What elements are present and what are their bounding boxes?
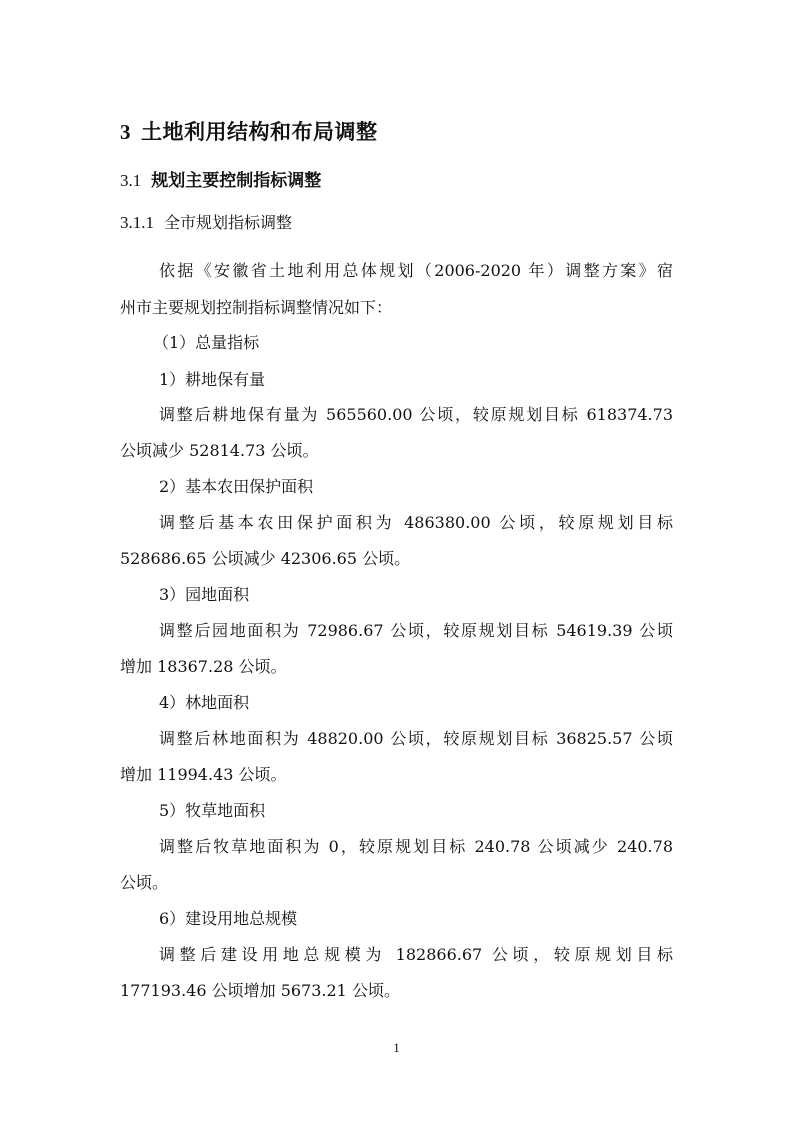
item-text-line-2: 177193.46 公顷增加 5673.21 公顷。 <box>120 981 673 1001</box>
item-title-pasture-land: 5）牧草地面积 <box>159 801 673 821</box>
heading-level-1: 3土地利用结构和布局调整 <box>120 116 378 146</box>
heading-title: 土地利用结构和布局调整 <box>141 120 378 144</box>
item-title-garden-land: 3）园地面积 <box>159 585 673 605</box>
page-number: 1 <box>0 1040 793 1056</box>
heading-number: 3 <box>120 120 131 144</box>
item-text-line-1: 调整后牧草地面积为 0，较原规划目标 240.78 公顷减少 240.78 <box>159 837 673 857</box>
item-text-line-1: 调整后耕地保有量为 565560.00 公顷，较原规划目标 618374.73 <box>159 405 673 425</box>
intro-paragraph-line-1: 依据《安徽省土地利用总体规划（2006-2020 年）调整方案》宿 <box>159 261 673 281</box>
document-page: 3土地利用结构和布局调整 3.1规划主要控制指标调整 3.1.1全市规划指标调整… <box>0 0 793 1122</box>
item-text-line-2: 增加 18367.28 公顷。 <box>120 657 673 677</box>
item-text-line-2: 528686.65 公顷减少 42306.65 公顷。 <box>120 549 673 569</box>
heading-level-2: 3.1规划主要控制指标调整 <box>120 166 321 191</box>
heading-level-3: 3.1.1全市规划指标调整 <box>120 210 292 233</box>
item-text-line-1: 调整后基本农田保护面积为 486380.00 公顷，较原规划目标 <box>159 513 673 533</box>
item-text-line-2: 公顷减少 52814.73 公顷。 <box>120 441 673 461</box>
item-text-line-1: 调整后林地面积为 48820.00 公顷，较原规划目标 36825.57 公顷 <box>159 729 673 749</box>
item-text-line-1: 调整后建设用地总规模为 182866.67 公顷，较原规划目标 <box>159 945 673 965</box>
item-text-line-2: 增加 11994.43 公顷。 <box>120 765 673 785</box>
item-title-farmland: 1）耕地保有量 <box>159 370 673 390</box>
item-title-forest-land: 4）林地面积 <box>159 693 673 713</box>
heading-number: 3.1.1 <box>120 213 154 232</box>
item-text-line-1: 调整后园地面积为 72986.67 公顷，较原规划目标 54619.39 公顷 <box>159 621 673 641</box>
section-label: （1）总量指标 <box>153 333 667 353</box>
heading-title: 规划主要控制指标调整 <box>151 171 321 191</box>
item-title-construction-land: 6）建设用地总规模 <box>159 909 673 929</box>
item-text-line-2: 公顷。 <box>120 873 673 893</box>
heading-title: 全市规划指标调整 <box>164 213 292 232</box>
item-title-basic-farmland: 2）基本农田保护面积 <box>159 477 673 497</box>
heading-number: 3.1 <box>120 171 141 190</box>
intro-paragraph-line-2: 州市主要规划控制指标调整情况如下： <box>120 298 673 318</box>
